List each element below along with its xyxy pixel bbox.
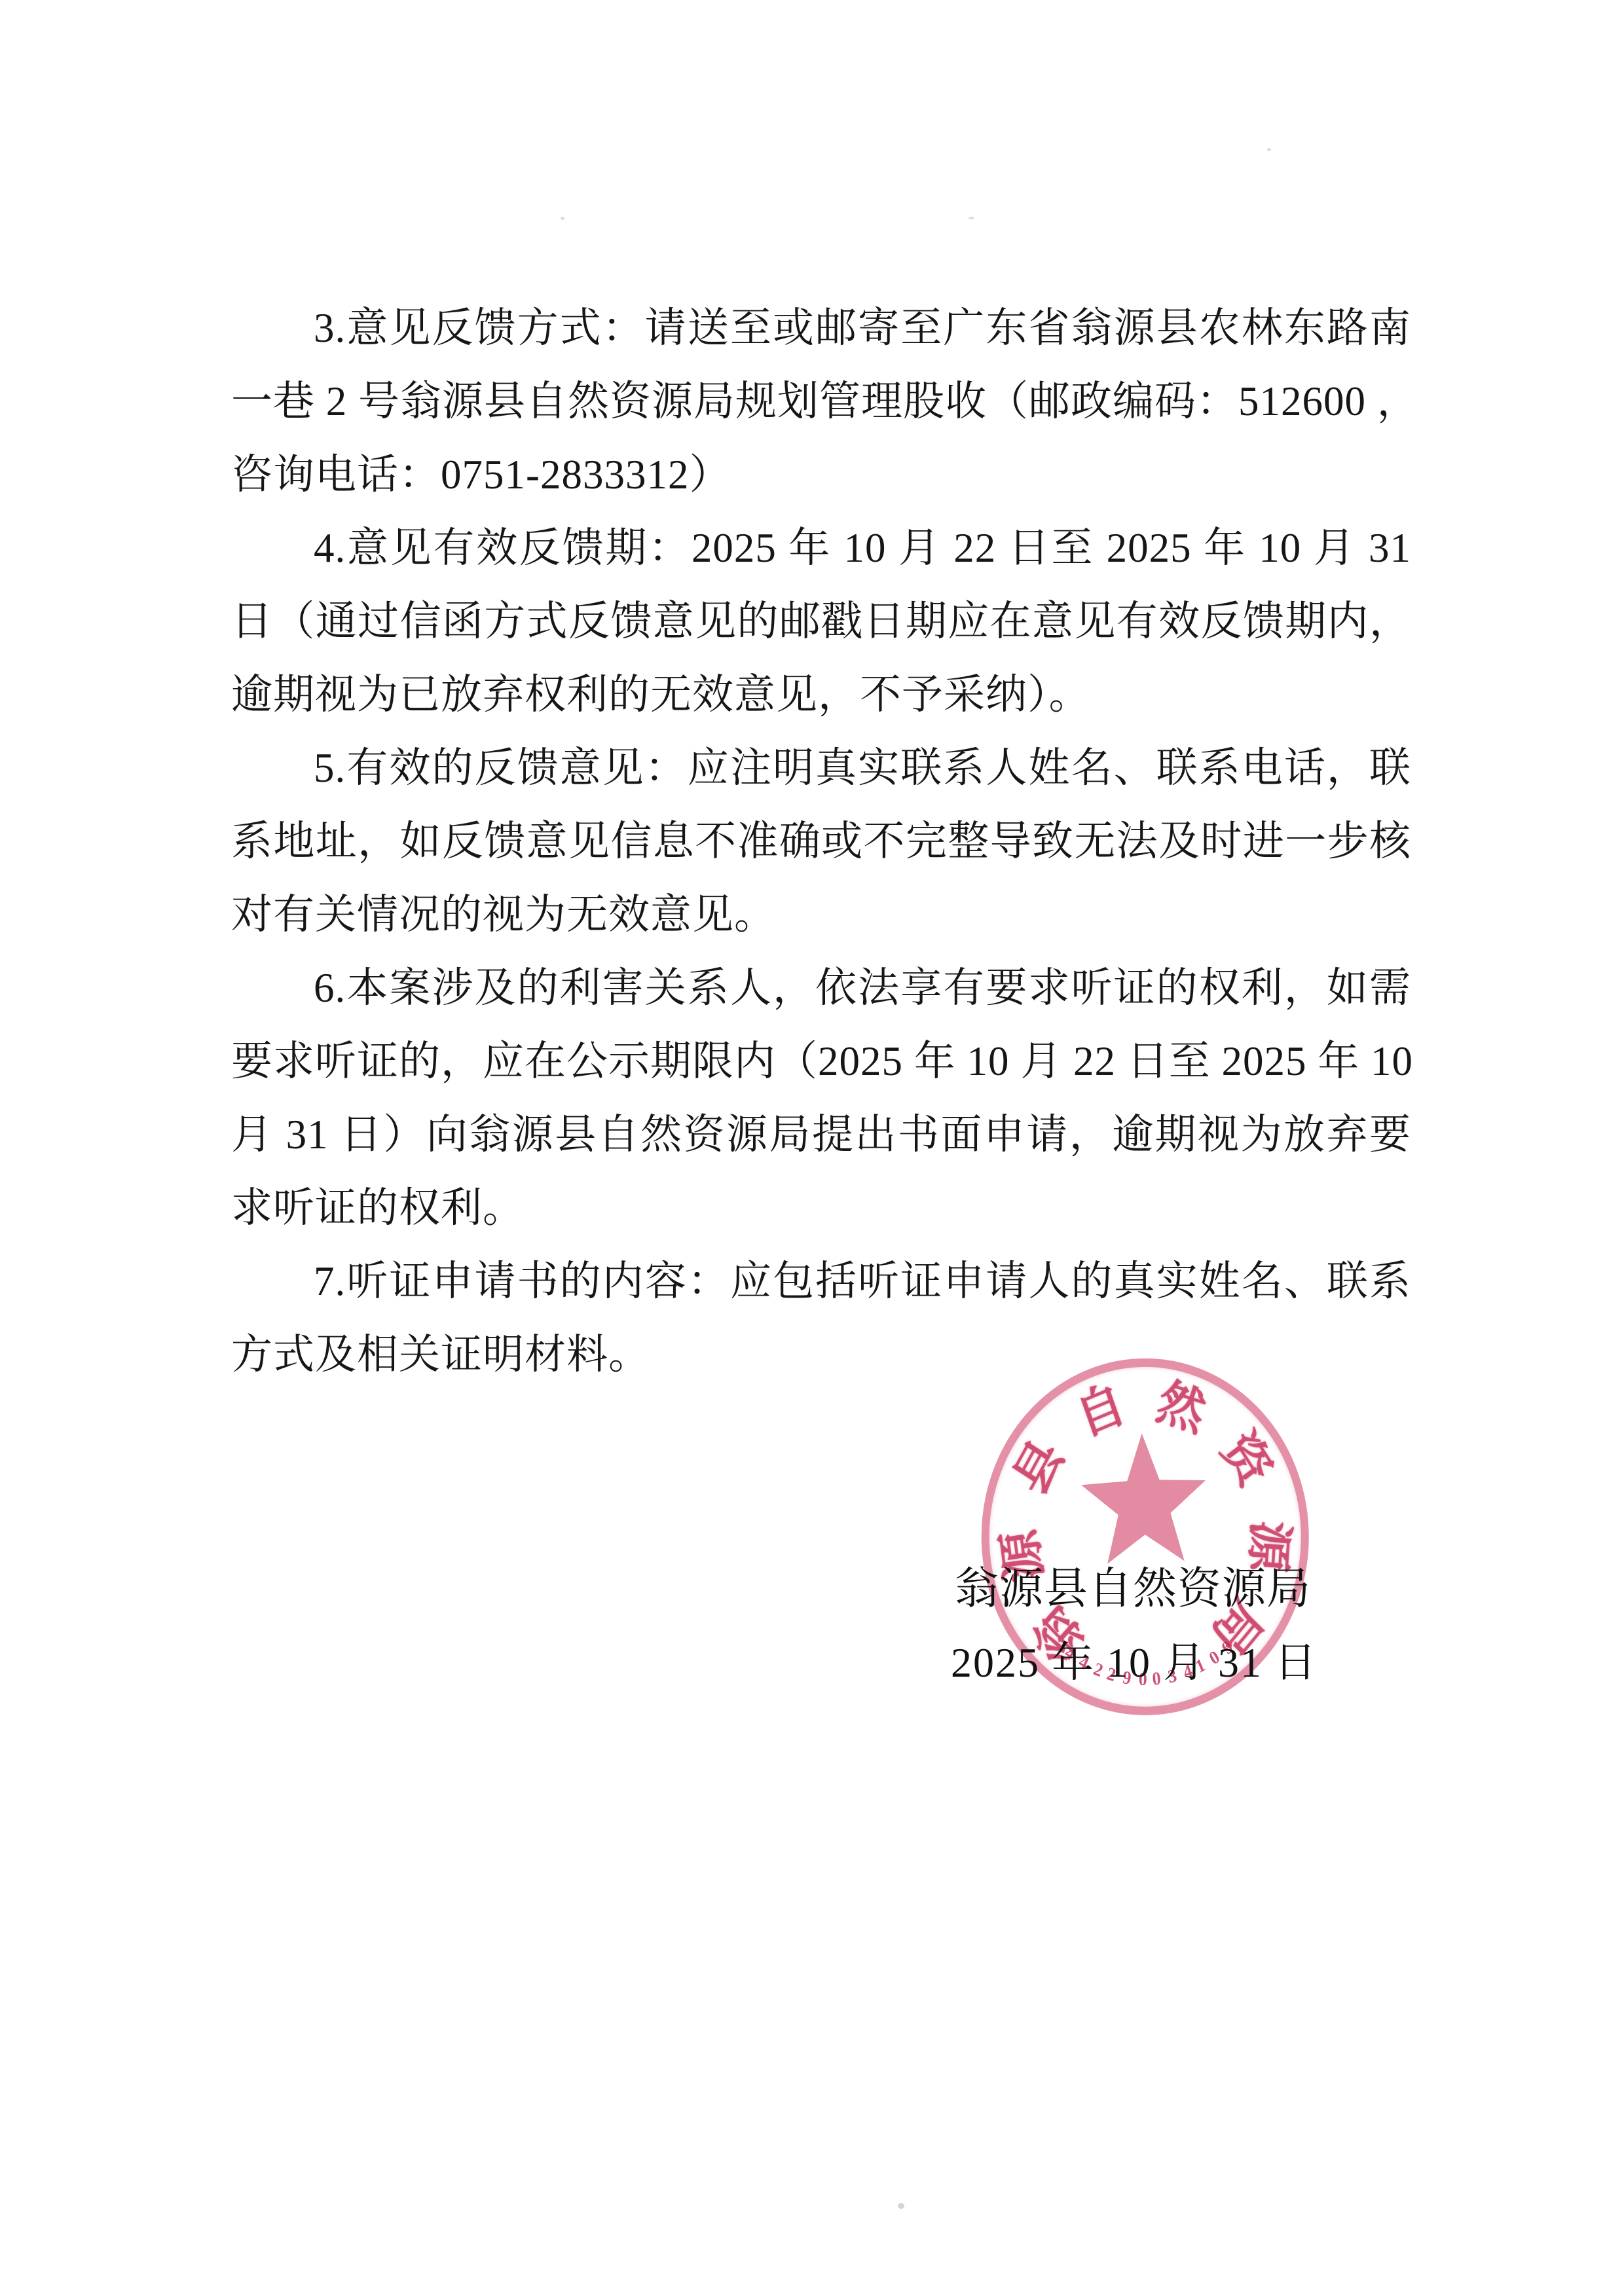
seal-arc-char: 县 (994, 1423, 1077, 1506)
seal-arc-char: 资 (1209, 1414, 1291, 1499)
text-line: 求听证的权利。 (231, 1171, 1411, 1245)
text-line: 方式及相关证明材料。 (231, 1318, 1411, 1391)
text-line: 6.本案涉及的利害关系人，依法享有要求听证的权利，如需 (231, 951, 1411, 1025)
issuer-name: 翁源县自然资源局 (955, 1563, 1361, 1614)
text-line: 3.意见反馈方式：请送至或邮寄至广东省翁源县农林东路南 (231, 291, 1411, 365)
text-line: 对有关情况的视为无效意见。 (231, 878, 1411, 951)
seal-star-icon (1077, 1431, 1212, 1578)
scan-speck (561, 217, 564, 220)
scan-speck (1267, 148, 1271, 151)
scan-speck (969, 217, 974, 219)
scan-speck (898, 2203, 904, 2209)
paragraph-4-feedback-period: 4.意见有效反馈期：2025 年 10 月 22 日至 2025 年 10 月 … (231, 511, 1411, 731)
text-line: 7.听证申请书的内容：应包括听证申请人的真实姓名、联系 (231, 1245, 1411, 1318)
paragraph-5-valid-feedback: 5.有效的反馈意见：应注明真实联系人姓名、联系电话，联 系地址，如反馈意见信息不… (231, 731, 1411, 951)
paragraph-6-hearing-right: 6.本案涉及的利害关系人，依法享有要求听证的权利，如需 要求听证的，应在公示期限… (231, 951, 1411, 1245)
text-line: 系地址，如反馈意见信息不准确或不完整导致无法及时进一步核 (231, 805, 1411, 878)
text-line: 一巷 2 号翁源县自然资源局规划管理股收（邮政编码：512600 ， (231, 365, 1411, 438)
document-page: 3.意见反馈方式：请送至或邮寄至广东省翁源县农林东路南 一巷 2 号翁源县自然资… (0, 0, 1624, 2296)
paragraph-3-feedback-method: 3.意见反馈方式：请送至或邮寄至广东省翁源县农林东路南 一巷 2 号翁源县自然资… (231, 291, 1411, 511)
text-line: 逾期视为已放弃权利的无效意见，不予采纳）。 (231, 658, 1411, 731)
text-line: 要求听证的，应在公示期限内（2025 年 10 月 22 日至 2025 年 1… (231, 1025, 1411, 1098)
scan-speck (367, 760, 371, 763)
text-line: 月 31 日）向翁源县自然资源局提出书面申请，逾期视为放弃要 (231, 1098, 1411, 1171)
notice-body: 3.意见反馈方式：请送至或邮寄至广东省翁源县农林东路南 一巷 2 号翁源县自然资… (231, 291, 1411, 1391)
text-line: 日（通过信函方式反馈意见的邮戳日期应在意见有效反馈期内， (231, 585, 1411, 658)
paragraph-7-hearing-application: 7.听证申请书的内容：应包括听证申请人的真实姓名、联系 方式及相关证明材料。 (231, 1245, 1411, 1391)
text-line: 咨询电话：0751-2833312） (231, 438, 1411, 511)
text-line: 4.意见有效反馈期：2025 年 10 月 22 日至 2025 年 10 月 … (231, 511, 1411, 585)
text-line: 5.有效的反馈意见：应注明真实联系人姓名、联系电话，联 (231, 731, 1411, 805)
issue-date: 2025 年 10 月 31 日 (951, 1638, 1370, 1688)
